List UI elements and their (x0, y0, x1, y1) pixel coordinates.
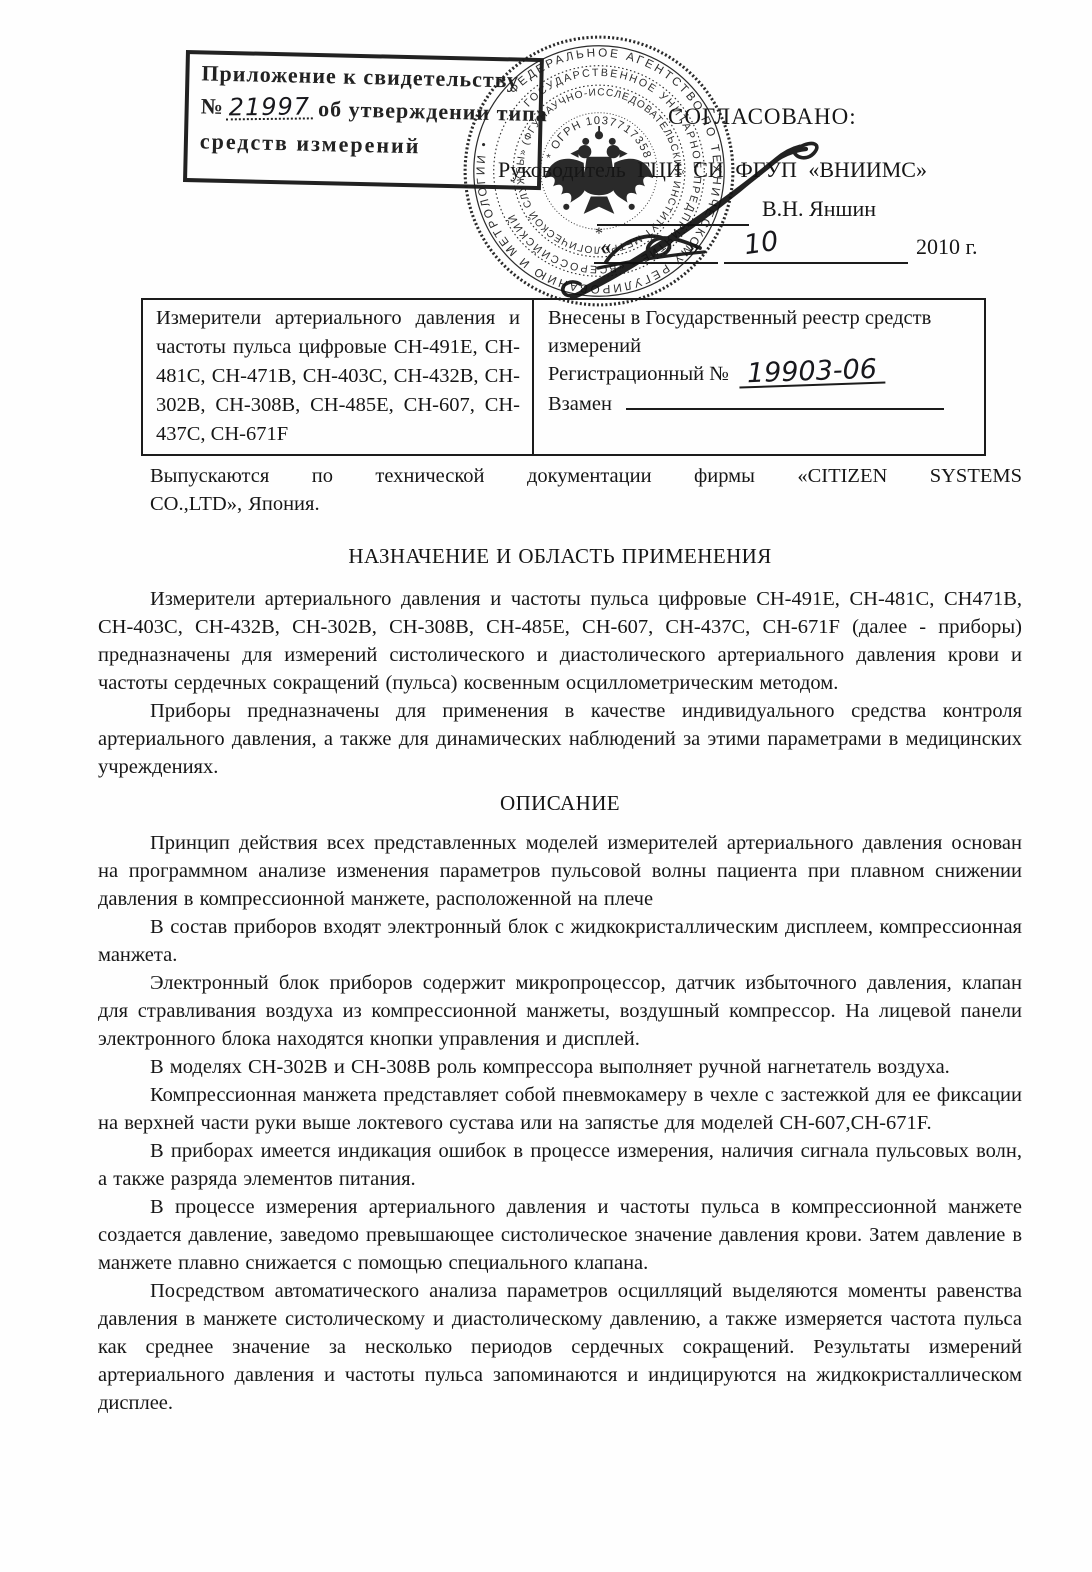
section-heading-purpose: НАЗНАЧЕНИЕ И ОБЛАСТЬ ПРИМЕНЕНИЯ (98, 542, 1022, 570)
table-cell-registry-info: Внесены в Государственный реестр средств… (534, 300, 984, 454)
registry-table: Измерители артериального давления и част… (141, 298, 986, 456)
paragraph: Посредством автоматического анализа пара… (98, 1277, 1022, 1417)
intro-line-1: Выпускаются по технической документации … (98, 462, 1022, 490)
paragraph: В моделях CH-302B и CH-308B роль компрес… (98, 1053, 1022, 1081)
intro-paragraph: Выпускаются по технической документации … (98, 462, 1022, 518)
registry-entry-text: Внесены в Государственный реестр средств… (548, 304, 974, 360)
registration-number-label: Регистрационный № (548, 360, 729, 388)
paragraph: В состав приборов входят электронный бло… (98, 913, 1022, 969)
intro-line-2: CO.,LTD», Япония. (98, 490, 1022, 518)
agreed-label: СОГЛАСОВАНО: (668, 104, 857, 130)
replacement-blank-line (626, 388, 944, 410)
paragraph: Измерители артериального давления и част… (98, 585, 1022, 697)
document-body: Выпускаются по технической документации … (98, 462, 1022, 1417)
paragraph: В приборах имеется индикация ошибок в пр… (98, 1137, 1022, 1193)
paragraph: Принцип действия всех представленных мод… (98, 829, 1022, 913)
replacement-label: Взамен (548, 390, 612, 418)
approver-title: Руководитель ГЦИ СИ ФГУП «ВНИИМС» (498, 157, 927, 183)
registration-number-row: Регистрационный № 19903-06 (548, 360, 974, 388)
paragraph: Компрессионная манжета представляет собо… (98, 1081, 1022, 1137)
section-heading-description: ОПИСАНИЕ (98, 789, 1022, 817)
table-cell-device-names: Измерители артериального давления и част… (143, 300, 534, 454)
scanned-document-page: Приложение к свидетельству №21997об утве… (0, 0, 1092, 1572)
date-day-blank-line (594, 246, 718, 264)
date-year: 2010 г. (916, 234, 978, 260)
date-month-handwritten: 10 (742, 226, 780, 261)
number-sign: № (200, 93, 224, 119)
certificate-number-handwritten: 21997 (226, 95, 314, 120)
paragraph: В процессе измерения артериального давле… (98, 1193, 1022, 1277)
signature-blank-line (597, 204, 749, 226)
replacement-row: Взамен (548, 388, 974, 418)
paragraph: Электронный блок приборов содержит микро… (98, 969, 1022, 1053)
approver-name: В.Н. Яншин (762, 196, 876, 222)
registration-number-handwritten: 19903-06 (738, 357, 885, 388)
paragraph: Приборы предназначены для применения в к… (98, 697, 1022, 781)
